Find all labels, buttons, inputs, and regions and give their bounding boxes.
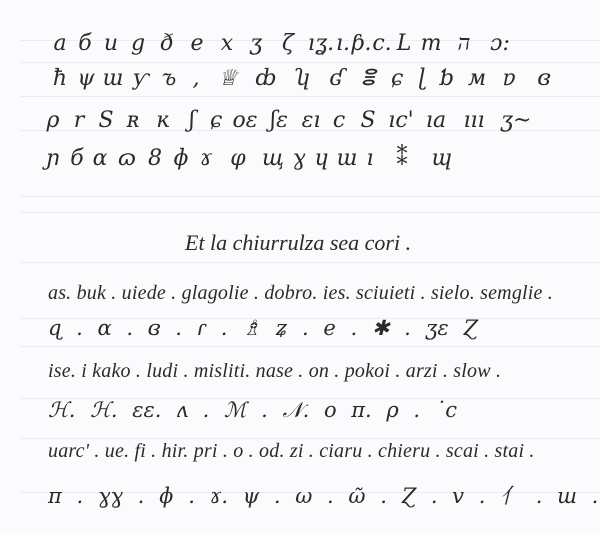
glyph: ɸ [168,146,194,171]
glyph: oɛ [228,108,262,133]
glyph: ρ [40,108,66,133]
glyph: ʃ [180,108,204,133]
alphabet-row-3: ρ r S ʀ ĸ ʃ ɕ oɛ ʃɛ ɛı c S ıc' ıa ııı ʒ~ [40,108,600,133]
glyph: ɕ [204,108,228,133]
glyph: ıʓ. [306,31,336,56]
glyph: ɰ [424,146,460,171]
glyph: ʒ [242,31,270,56]
bleed-through-line [20,96,600,97]
glyph: ζ [270,31,306,56]
glyph: ʒ~ [494,108,538,133]
glyph: ɥ [310,146,334,171]
letter-names-line-1: as. buk . uiede . glagolie . dobro. ies.… [48,282,600,305]
bleed-through-line [20,346,600,347]
glyph: ıc' [384,108,418,133]
glyph: ııı [454,108,494,133]
glyph: ɤ [194,146,218,171]
glyph: r [66,108,92,133]
glyph: ה [446,30,482,56]
glyph: , [184,66,208,91]
glyph: ɞ [526,66,562,91]
glyph: ъ [154,66,184,91]
glyph: ħ [46,66,74,91]
glyph: и [98,31,124,56]
glyph: ʮ [284,66,320,91]
glyph: c [326,108,352,133]
alphabet-row-1: a б и g ð e x ʒ ζ ıʓ. ı. ƥ. c. L m ה ɔ: [48,30,600,56]
glyph: ȸ [248,66,284,91]
glyph: ɭ [412,66,432,91]
glyph: ɷ [112,146,142,171]
glyph: ɯ [334,146,360,171]
glyph: б [66,146,88,171]
letter-symbols-line-3: π . ɣɣ . ɸ . ɤ. ψ . ω . ῶ . Ɀ . v . ⺅ . … [48,480,600,510]
glyph: ɲ [40,146,66,171]
glyph: L [392,31,416,56]
alphabet-row-2: ħ ψ ɯ ƴ ъ , ♕ ȸ ʮ ʛ ⴻ ɕ ɭ ƅ м ɐ ɞ [46,66,600,91]
glyph: м [462,66,492,91]
bleed-through-line [20,196,600,197]
glyph: ɕ [382,66,412,91]
glyph: x [212,31,242,56]
glyph: б [72,31,98,56]
glyph: ♕ [208,66,248,91]
glyph: 8 [142,146,168,171]
letter-symbols-line-1: ɋ . ɑ . ɞ . ɾ . ♗ ʑ . e . ✱ . ʒɛ Ɀ [48,316,600,340]
glyph: ɑ [88,146,112,171]
glyph: ĸ [146,108,180,133]
glyph: ı [360,146,380,171]
section-heading: Et la chiurrulza sea cori . [185,230,600,256]
glyph: ƴ [128,66,154,91]
letter-names-line-3: uarc' . ue. fi . hir. pri . o . od. zi .… [48,440,600,463]
glyph: щ [258,146,288,171]
glyph: ʀ [120,108,146,133]
bleed-through-line [20,212,600,213]
letter-symbols-line-2: ℋ. ℋ. ɛɛ. ʌ . ℳ . 𝒩. o π. ρ . ˙c [48,398,600,423]
glyph: ʛ [320,66,354,91]
glyph: S [92,108,120,133]
glyph: ɛı [296,108,326,133]
glyph: ıa [418,108,454,133]
glyph: ð [152,31,182,56]
glyph: ɐ [492,66,526,91]
glyph: e [182,31,212,56]
letter-names-line-2: ise. i kako . ludi . misliti. nase . on … [48,360,600,383]
alphabet-row-4: ɲ б ɑ ɷ 8 ɸ ɤ φ щ ɣ ɥ ɯ ı ⁑ ɰ [40,146,600,171]
glyph: ɯ [98,66,128,91]
scanned-page: a б и g ð e x ʒ ζ ıʓ. ı. ƥ. c. L m ה ɔ: … [0,0,600,533]
bleed-through-line [20,62,600,63]
glyph: c. [372,31,392,56]
glyph: ƅ [432,66,462,91]
glyph: φ [218,146,258,171]
glyph: ɔ: [482,31,518,56]
glyph: a [48,31,72,56]
glyph: ɣ [288,146,310,171]
glyph: ʃɛ [262,108,296,133]
glyph: ⴻ [354,66,382,91]
glyph: ı. [336,31,350,56]
glyph: ψ [74,66,98,91]
glyph: ⁑ [380,146,424,171]
bleed-through-line [20,262,600,263]
bleed-through-line [20,438,600,439]
glyph: g [124,31,152,56]
glyph: S [352,108,384,133]
glyph: m [416,31,446,56]
glyph: ƥ. [350,31,372,56]
